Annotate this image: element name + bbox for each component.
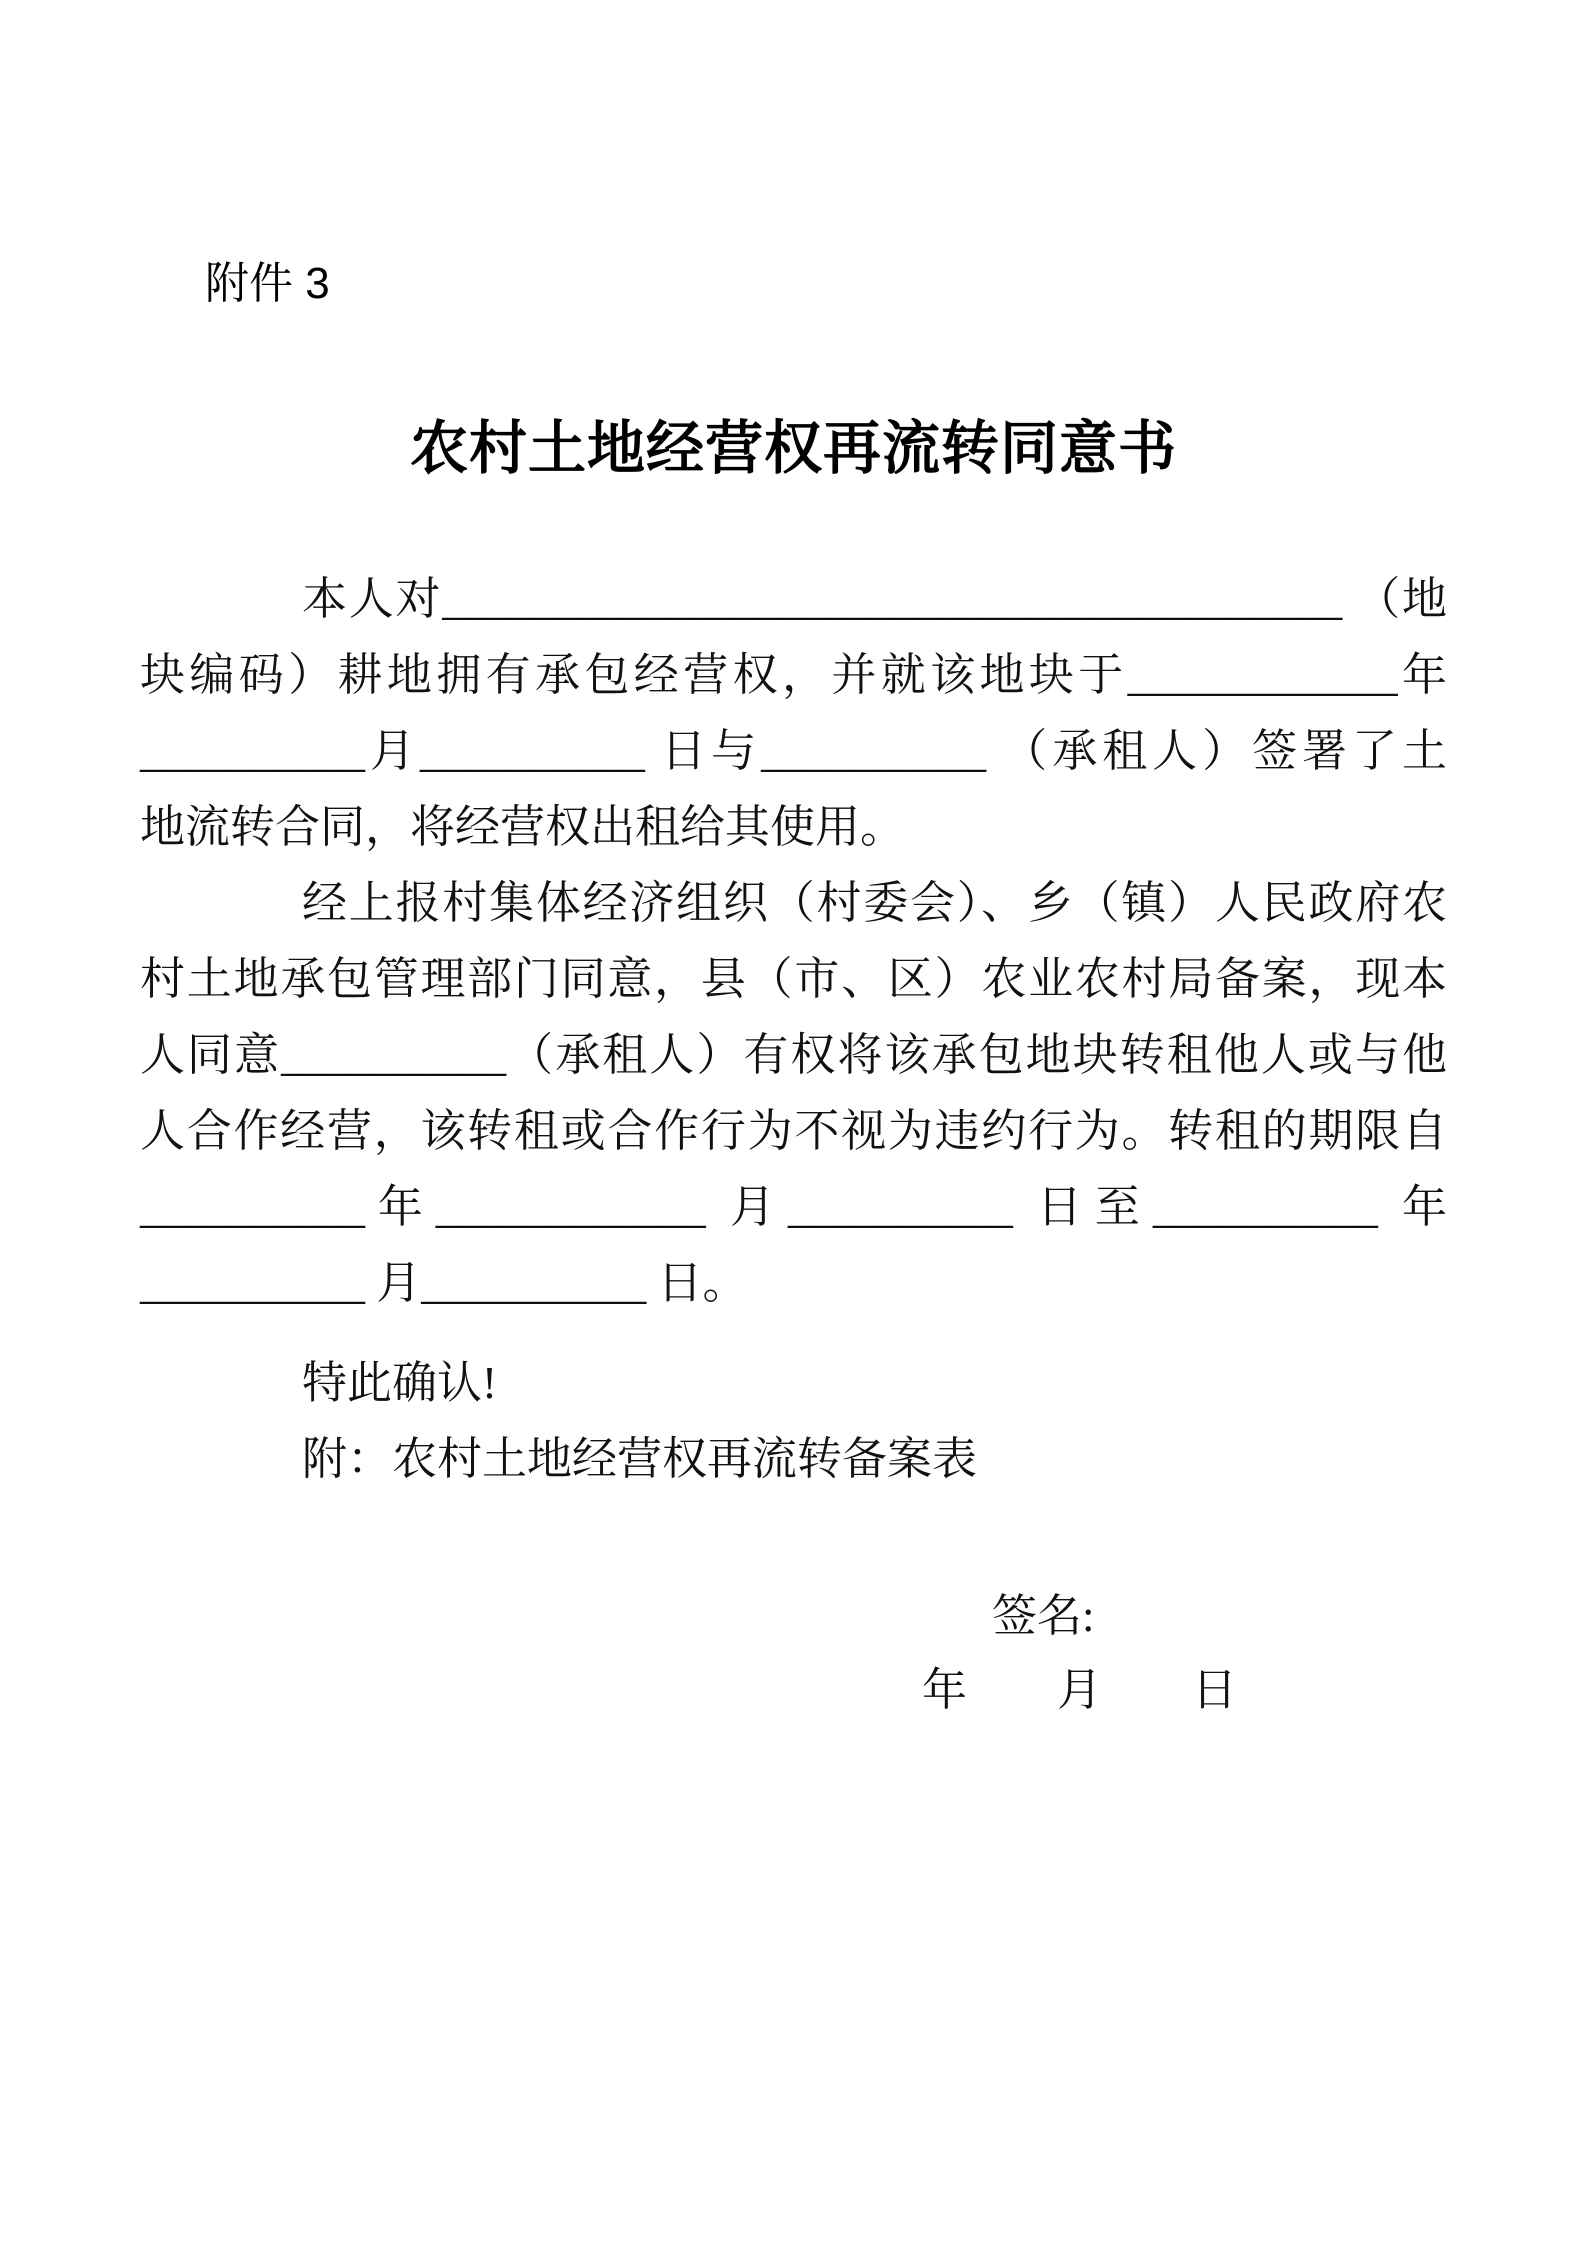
attachment-label: 附件 3	[205, 258, 330, 311]
body-line-9: __________年____________ 月__________ 日至__…	[140, 1169, 1447, 1245]
body-line-7: 人同意__________（承租人）有权将该承包地块转租他人或与他	[140, 1017, 1447, 1093]
body-line-5: 经上报村集体经济组织（村委会）、乡（镇）人民政府农	[140, 865, 1447, 941]
signature-date-line: 年 月 日	[922, 1666, 1237, 1716]
body-line-1: 本人对_____________________________________…	[140, 561, 1447, 637]
body-line-6: 村土地承包管理部门同意，县（市、区）农业农村局备案，现本	[140, 941, 1447, 1017]
attachment-note-line: 附：农村土地经营权再流转备案表	[140, 1421, 1447, 1497]
body-line-2: 块编码）耕地拥有承包经营权，并就该地块于____________年	[140, 637, 1447, 713]
body-line-10: __________ 月__________ 日。	[140, 1245, 1447, 1321]
document-page: 附件 3 农村土地经营权再流转同意书 本人对__________________…	[0, 0, 1587, 2245]
body-line-3: __________月__________ 日与__________ （承租人）…	[140, 713, 1447, 789]
page-title: 农村土地经营权再流转同意书	[0, 416, 1587, 483]
body-line-4: 地流转合同，将经营权出租给其使用。	[140, 789, 1447, 865]
document-body: 本人对_____________________________________…	[140, 561, 1447, 1497]
body-line-8: 人合作经营，该转租或合作行为不视为违约行为。转租的期限自	[140, 1093, 1447, 1169]
confirmation-line: 特此确认!	[140, 1345, 1447, 1421]
signature-label: 签名:	[992, 1592, 1095, 1642]
